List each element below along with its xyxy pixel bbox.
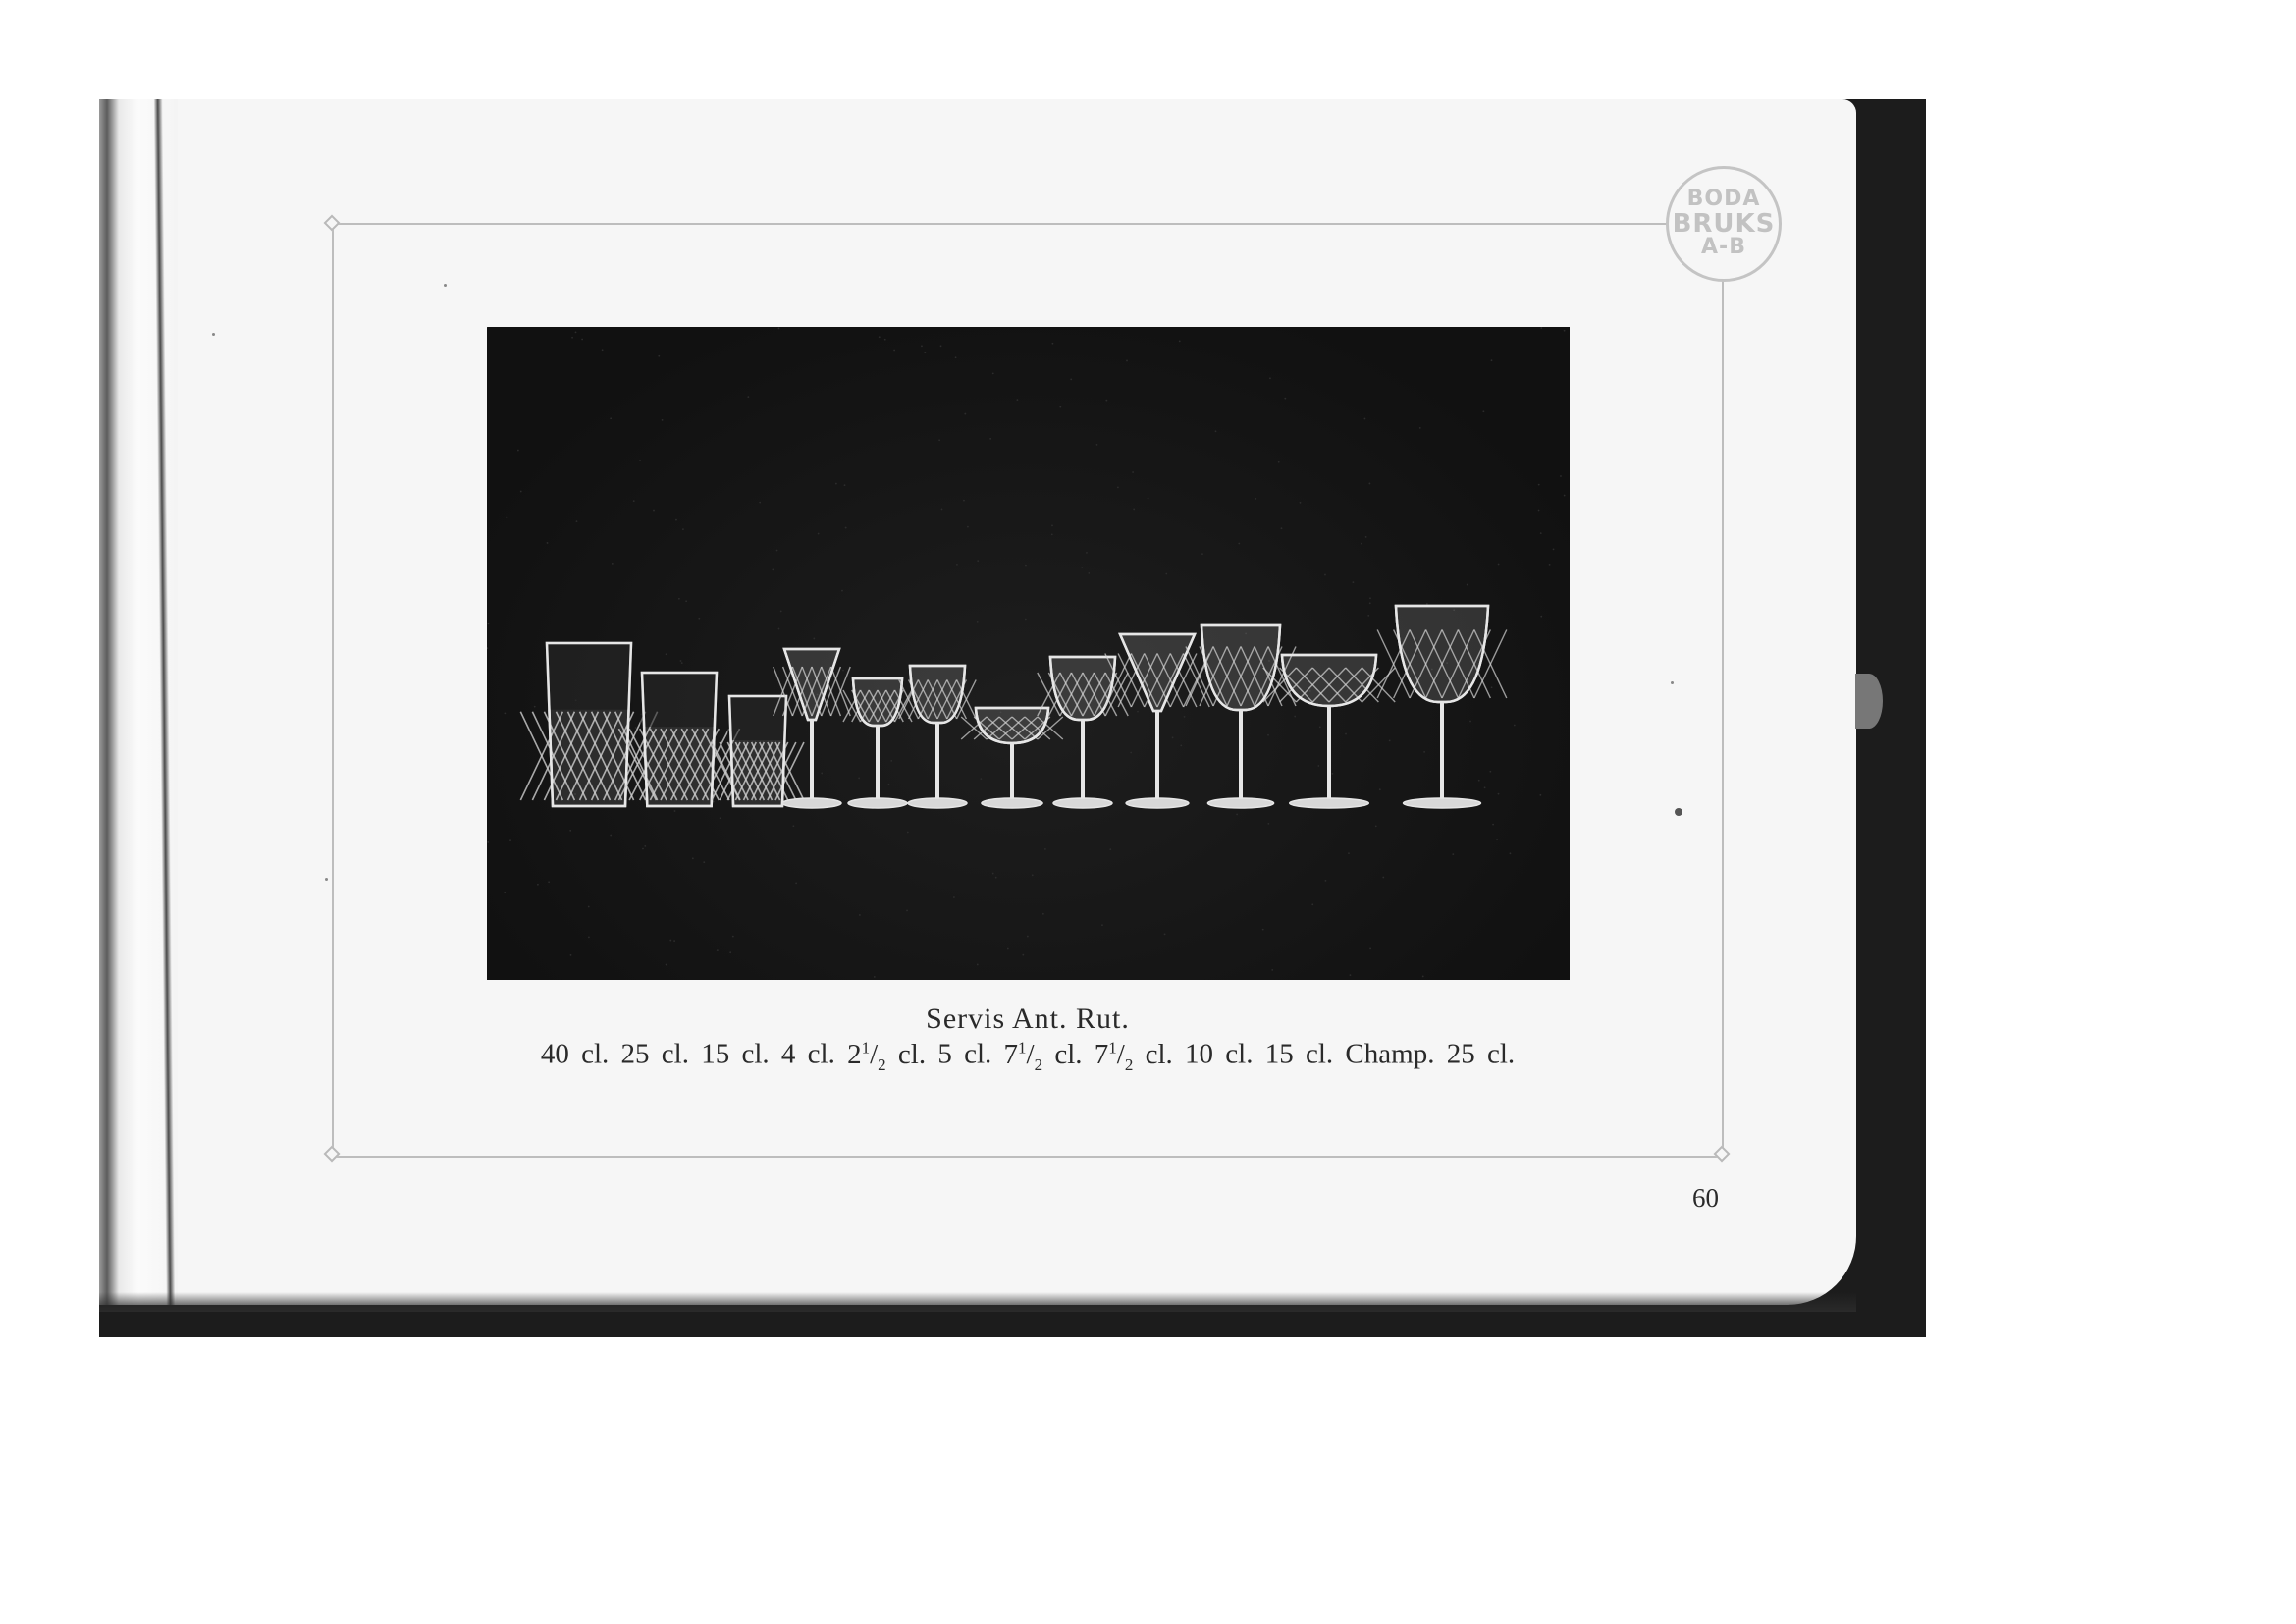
glass-tumbler [520,641,657,806]
caption-size-item: 71/2 cl. [1004,1039,1083,1070]
paper-speck [1675,808,1682,816]
glass-stem-bowl [1038,657,1128,808]
caption-size-item: 5 cl. [937,1039,991,1070]
caption-size-item: 40 cl. [541,1039,609,1070]
glassware-illustration [487,327,1570,980]
caption-size-item: 15 cl. [1265,1039,1333,1070]
glass-tumbler [618,671,739,806]
glass-stem-cone [1105,634,1209,808]
photo-caption: Servis Ant. Rut. 40 cl. 25 cl. 15 cl. 4 … [332,1002,1724,1074]
page-bottom-shadow [99,1292,1856,1312]
caption-sizes: 40 cl. 25 cl. 15 cl. 4 cl. 21/2 cl. 5 cl… [332,1038,1724,1074]
scanned-book-spread: BODA BRUKS A-B Servis Ant. Rut. 40 cl. 2… [99,99,1926,1337]
caption-size-item: 4 cl. [781,1039,835,1070]
glass-stem-bowl [1186,625,1296,808]
caption-size-item: 15 cl. [701,1039,769,1070]
glass-stem-bowl [843,678,912,808]
caption-size-item: Champ. [1345,1039,1434,1070]
glass-coupe [961,708,1063,808]
boda-bruks-stamp: BODA BRUKS A-B [1666,166,1782,282]
paper-speck [1671,681,1674,684]
caption-size-item: 25 cl. [621,1039,689,1070]
caption-size-item: 10 cl. [1185,1039,1253,1070]
caption-title: Servis Ant. Rut. [332,1002,1724,1036]
stamp-line: A-B [1701,237,1746,258]
page-edge-tab [1855,674,1883,729]
glassware-photograph [487,327,1570,980]
caption-size-item: 25 cl. [1447,1039,1515,1070]
page-number: 60 [1692,1183,1719,1214]
caption-size-item: 21/2 cl. [847,1039,926,1070]
paper-speck [444,284,447,287]
catalogue-page: BODA BRUKS A-B Servis Ant. Rut. 40 cl. 2… [99,99,1856,1305]
paper-speck [325,878,328,881]
paper-speck [212,333,215,336]
glass-stem-bowl [1377,606,1507,808]
stamp-line: BODA [1687,189,1761,210]
caption-size-item: 71/2 cl. [1095,1039,1173,1070]
stamp-line: BRUKS [1673,211,1776,238]
